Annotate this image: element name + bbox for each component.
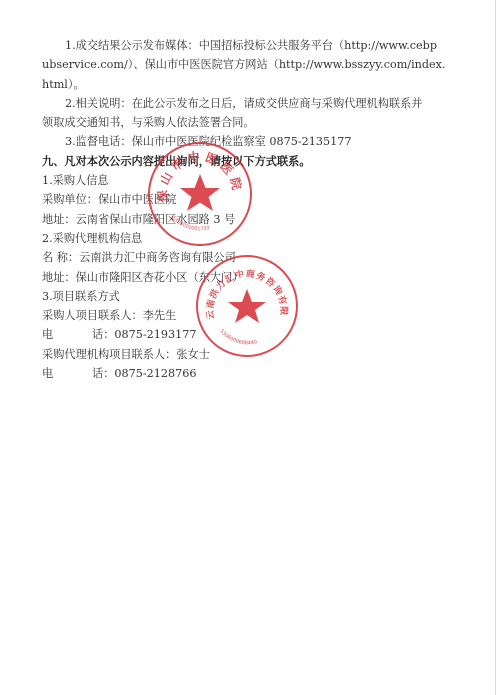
phone-label-a: 电 xyxy=(42,325,92,344)
phone-label-b: 话： xyxy=(92,367,114,380)
purchaser-address-label: 地址： xyxy=(42,213,76,226)
purchaser-contact-value: 李先生 xyxy=(143,309,177,322)
agency-name-value: 云南洪力汇中商务咨询有限公司 xyxy=(79,251,236,264)
purchaser-phone-value: 0875-2193177 xyxy=(114,328,196,341)
phone-label-a: 电 xyxy=(42,364,92,383)
item-1-line-2: ubservice.com/）、保山市中医医院官方网站（http://www.b… xyxy=(42,55,458,74)
purchaser-info-title: 1.采购人信息 xyxy=(42,171,458,190)
item-1-line-3: html）。 xyxy=(42,75,458,94)
purchaser-unit-label: 采购单位： xyxy=(42,193,98,206)
purchaser-contact-label: 采购人项目联系人： xyxy=(42,309,143,322)
agency-info-title: 2.采购代理机构信息 xyxy=(42,229,458,248)
agency-phone: 电话：0875-2128766 xyxy=(42,364,458,383)
purchaser-phone: 电话：0875-2193177 xyxy=(42,325,458,344)
agency-contact-label: 采购代理机构项目联系人： xyxy=(42,348,176,361)
purchaser-address-value: 云南省保山市隆阳区水园路 3 号 xyxy=(76,213,236,226)
item-1-line-1: 1.成交结果公示发布媒体：中国招标投标公共服务平台（http://www.ceb… xyxy=(42,36,458,55)
agency-phone-value: 0875-2128766 xyxy=(114,367,196,380)
item-3-supervision-phone: 3.监督电话：保山市中医医院纪检监察室 0875-2135177 xyxy=(42,132,458,151)
agency-contact: 采购代理机构项目联系人：张女士 xyxy=(42,345,458,364)
agency-name-label: 名 称： xyxy=(42,251,79,264)
purchaser-unit: 采购单位：保山市中医医院 xyxy=(42,190,458,209)
purchaser-unit-value: 保山市中医医院 xyxy=(98,193,176,206)
phone-label-b: 话： xyxy=(92,328,114,341)
agency-address-label: 地址： xyxy=(42,271,76,284)
contact-title: 3.项目联系方式 xyxy=(42,287,458,306)
agency-contact-value: 张女士 xyxy=(176,348,210,361)
agency-address-value: 保山市隆阳区杏花小区（东大门） xyxy=(76,271,244,284)
purchaser-address: 地址：云南省保山市隆阳区水园路 3 号 xyxy=(42,210,458,229)
agency-address: 地址：保山市隆阳区杏花小区（东大门） xyxy=(42,268,458,287)
section-9-heading: 九、凡对本次公示内容提出询问，请按以下方式联系。 xyxy=(42,152,458,171)
agency-name: 名 称：云南洪力汇中商务咨询有限公司 xyxy=(42,248,458,267)
item-2-line-1: 2.相关说明：在此公示发布之日后，请成交供应商与采购代理机构联系并 xyxy=(42,94,458,113)
document-body: 1.成交结果公示发布媒体：中国招标投标公共服务平台（http://www.ceb… xyxy=(42,36,458,383)
purchaser-contact: 采购人项目联系人：李先生 xyxy=(42,306,458,325)
item-2-line-2: 领取成交通知书，与采购人依法签署合同。 xyxy=(42,113,458,132)
